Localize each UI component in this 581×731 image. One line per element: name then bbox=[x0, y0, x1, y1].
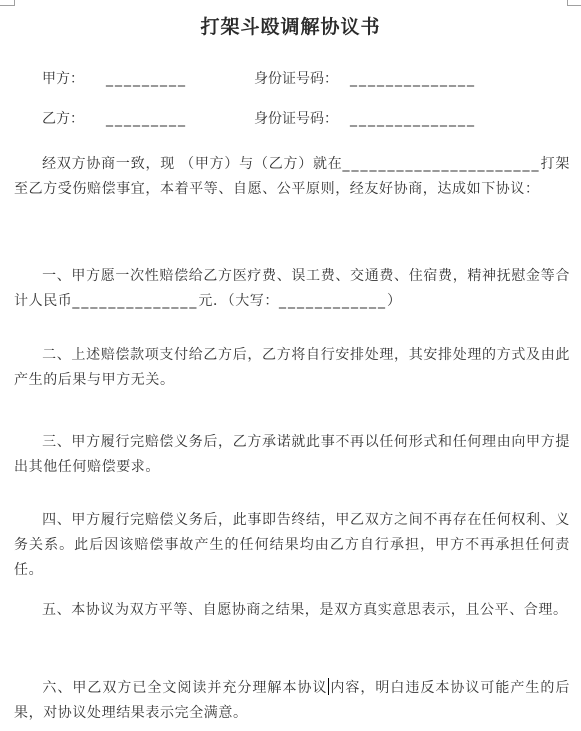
clause-1-text-after: ） bbox=[387, 293, 402, 309]
compensation-amount-blank[interactable]: ______________ bbox=[72, 293, 198, 309]
party-b-name-blank[interactable]: _________ bbox=[106, 111, 254, 127]
clause-4-text: 四、甲方履行完赔偿义务后，此事即告终结，甲乙双方之间不再存在任何权利、义务关系。… bbox=[14, 512, 570, 578]
intro-text-before: 经双方协商一致，现 （甲方）与（乙方）就在 bbox=[42, 156, 342, 172]
document-page[interactable]: 打架斗殴调解协议书 甲方：_________身份证号码：____________… bbox=[0, 0, 581, 731]
clause-3-paragraph: 三、甲方履行完赔偿义务后，乙方承诺就此事不再以任何形式和任何理由向甲方提出其他任… bbox=[14, 430, 570, 480]
document-title: 打架斗殴调解协议书 bbox=[0, 12, 581, 39]
party-b-id-blank[interactable]: ______________ bbox=[350, 111, 476, 127]
party-b-label: 乙方： bbox=[42, 108, 106, 128]
party-b-id-label: 身份证号码： bbox=[254, 108, 350, 128]
clause-4-paragraph: 四、甲方履行完赔偿义务后，此事即告终结，甲乙双方之间不再存在任何权利、义务关系。… bbox=[14, 508, 570, 583]
party-a-id-label: 身份证号码： bbox=[254, 68, 350, 88]
clause-1-paragraph: 一、甲方愿一次性赔偿给乙方医疗费、误工费、交通费、住宿费，精神抚慰金等合计人民币… bbox=[14, 264, 570, 314]
clause-5-text: 五、本协议为双方平等、自愿协商之结果，是双方真实意思表示，且公平、合理。 bbox=[42, 602, 568, 618]
clause-3-text: 三、甲方履行完赔偿义务后，乙方承诺就此事不再以任何形式和任何理由向甲方提出其他任… bbox=[14, 434, 570, 475]
party-a-label: 甲方： bbox=[42, 68, 106, 88]
clause-6-text-before-cursor: 六、甲乙双方已全文阅读并充分理解本协议 bbox=[42, 680, 327, 696]
intro-paragraph: 经双方协商一致，现 （甲方）与（乙方）就在___________________… bbox=[14, 152, 570, 202]
clause-2-paragraph: 二、上述赔偿款项支付给乙方后，乙方将自行安排处理，其安排处理的方式及由此产生的后… bbox=[14, 343, 570, 393]
clause-1-text-middle: 元．（大写： bbox=[198, 293, 279, 309]
clause-2-text: 二、上述赔偿款项支付给乙方后，乙方将自行安排处理，其安排处理的方式及由此产生的后… bbox=[14, 347, 570, 388]
clause-6-paragraph: 六、甲乙双方已全文阅读并充分理解本协议内容，明白违反本协议可能产生的后果，对协议… bbox=[14, 676, 570, 726]
clause-5-paragraph: 五、本协议为双方平等、自愿协商之结果，是双方真实意思表示，且公平、合理。 bbox=[14, 598, 570, 623]
uppercase-amount-blank[interactable]: ____________ bbox=[279, 293, 387, 309]
party-a-row: 甲方：_________身份证号码：______________ bbox=[42, 68, 476, 88]
incident-location-blank[interactable]: ______________________ bbox=[342, 156, 540, 172]
party-b-row: 乙方：_________身份证号码：______________ bbox=[42, 108, 476, 128]
party-a-id-blank[interactable]: ______________ bbox=[350, 71, 476, 87]
party-a-name-blank[interactable]: _________ bbox=[106, 71, 254, 87]
